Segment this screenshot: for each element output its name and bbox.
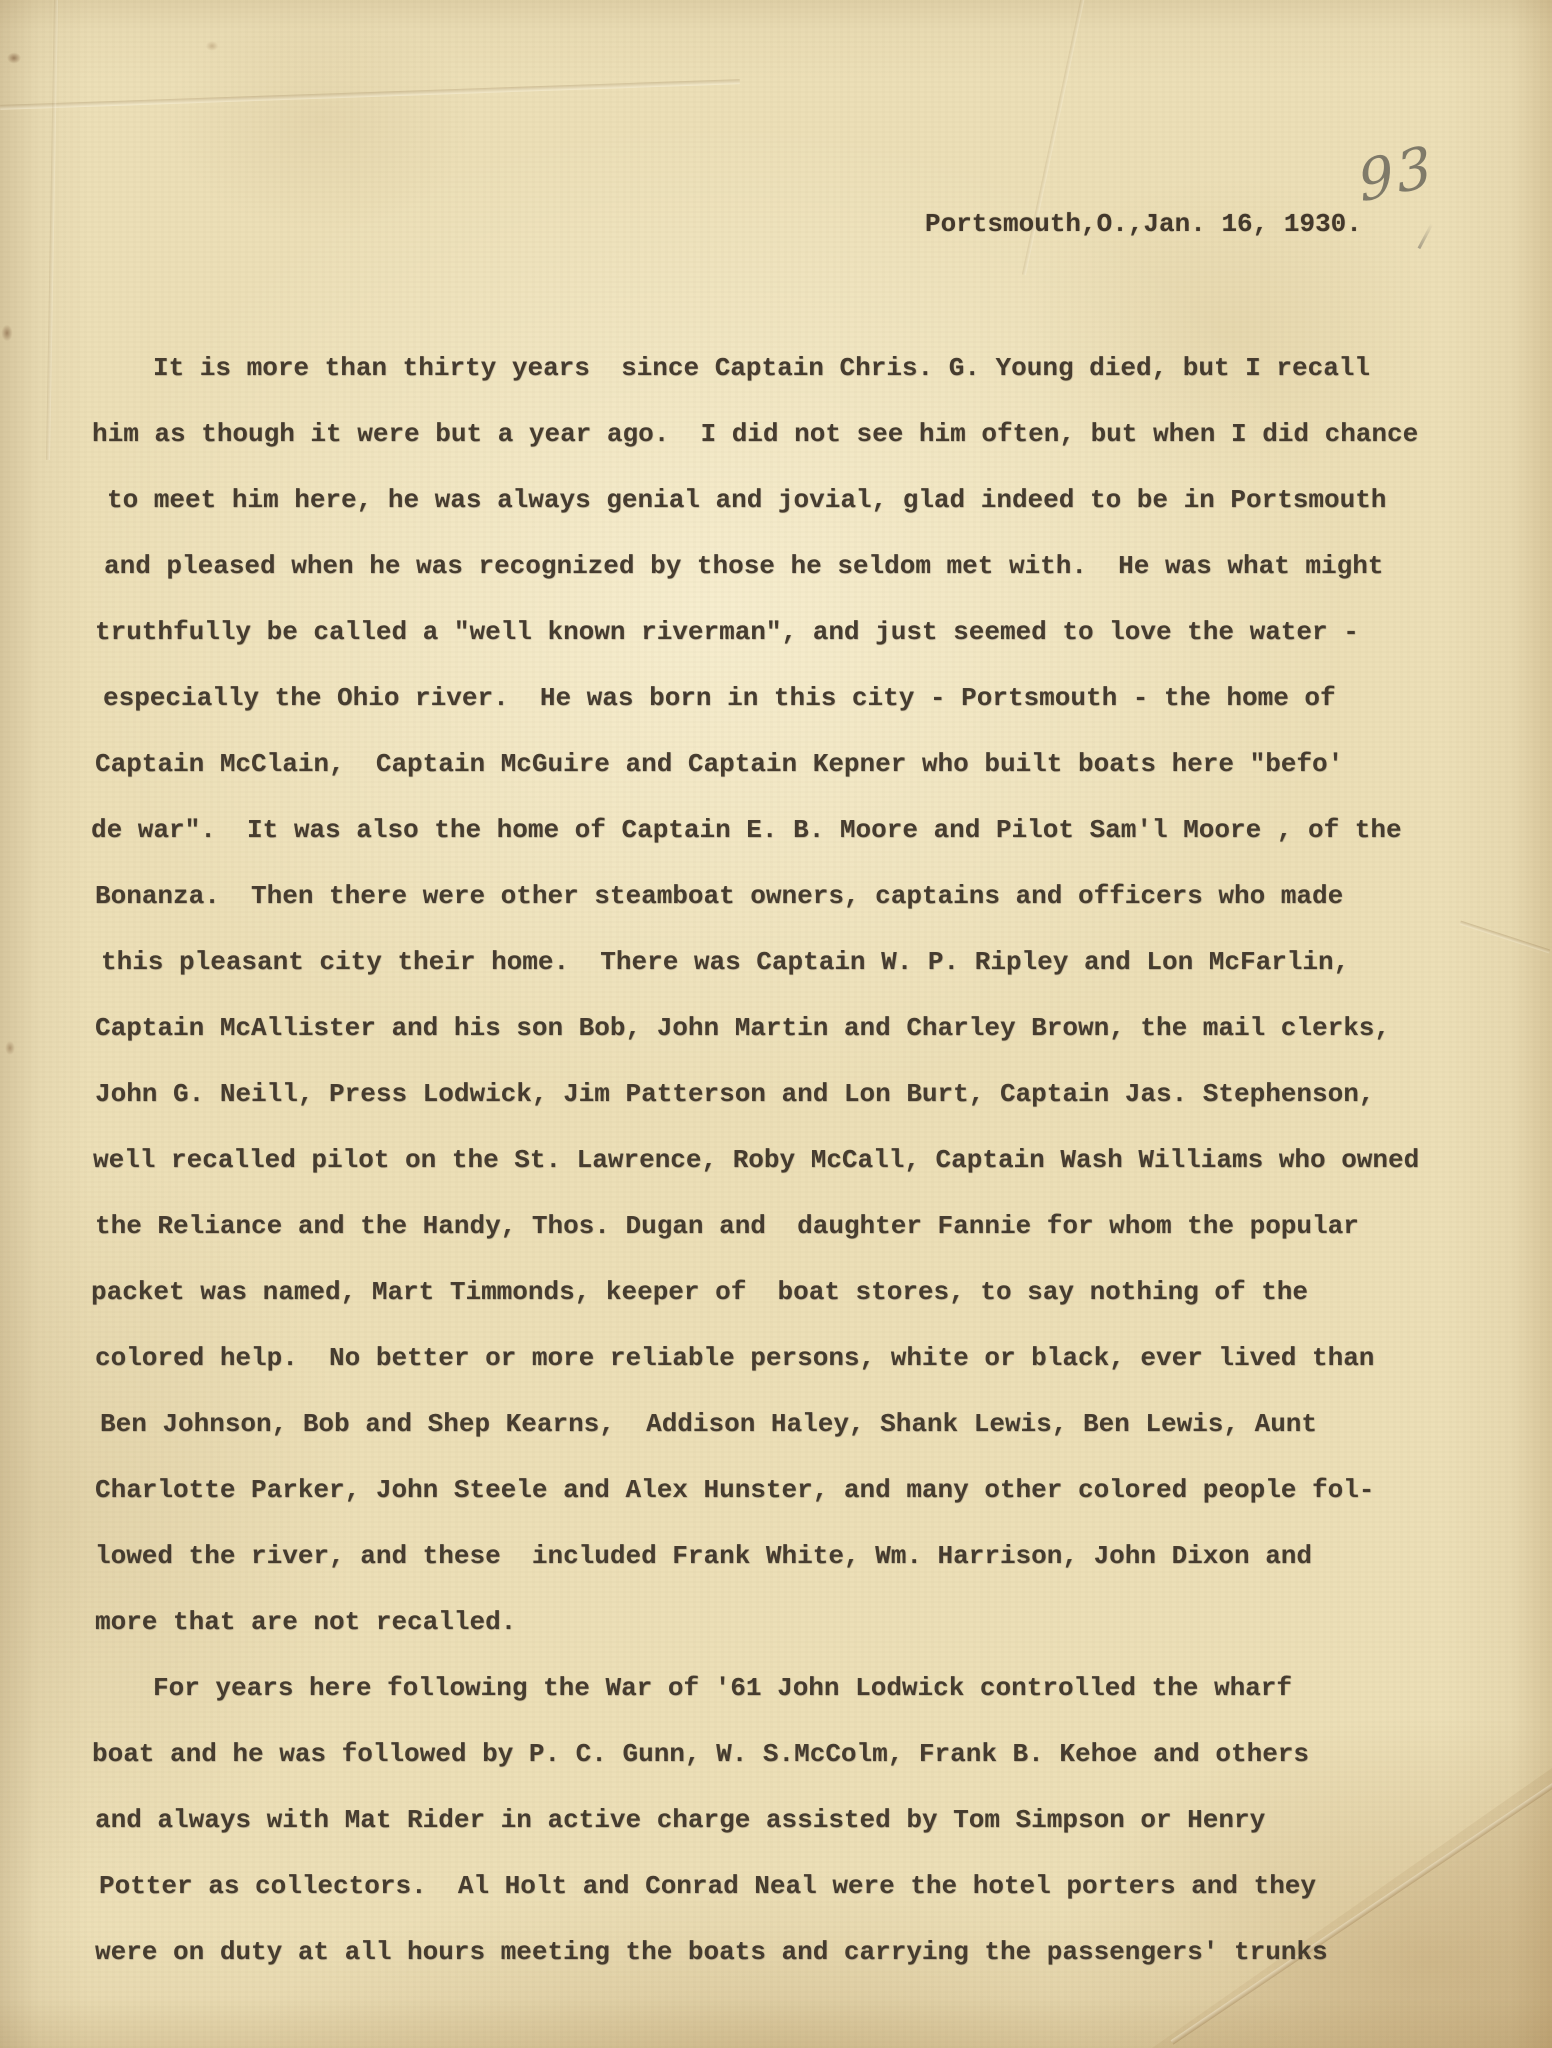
typed-line: boat and he was followed by P. C. Gunn, … <box>92 1721 1495 1787</box>
typed-line: It is more than thirty years since Capta… <box>95 335 1495 401</box>
typed-line: especially the Ohio river. He was born i… <box>103 665 1495 731</box>
typed-line: were on duty at all hours meeting the bo… <box>95 1919 1495 1985</box>
typed-line: lowed the river, and these included Fran… <box>95 1523 1495 1589</box>
typed-line: to meet him here, he was always genial a… <box>107 467 1495 533</box>
typed-line: and always with Mat Rider in active char… <box>95 1787 1495 1853</box>
paper-crease <box>46 0 58 460</box>
typed-line: For years here following the War of '61 … <box>95 1655 1495 1721</box>
typed-line: Charlotte Parker, John Steele and Alex H… <box>95 1457 1495 1523</box>
typed-line: this pleasant city their home. There was… <box>101 929 1495 995</box>
typed-line: him as though it were but a year ago. I … <box>92 401 1495 467</box>
typed-line: well recalled pilot on the St. Lawrence,… <box>93 1127 1495 1193</box>
dateline: Portsmouth,O.,Jan. 16, 1930. <box>925 208 1362 240</box>
typed-line: Ben Johnson, Bob and Shep Kearns, Addiso… <box>100 1391 1495 1457</box>
typed-line: more that are not recalled. <box>95 1589 1495 1655</box>
typed-line: Captain McClain, Captain McGuire and Cap… <box>95 731 1495 797</box>
typed-line: Bonanza. Then there were other steamboat… <box>95 863 1495 929</box>
pencil-mark <box>1418 223 1434 249</box>
typed-line: Captain McAllister and his son Bob, John… <box>95 995 1495 1061</box>
paper-crease <box>0 79 740 110</box>
typed-line: the Reliance and the Handy, Thos. Dugan … <box>95 1193 1495 1259</box>
document-page: 93 Portsmouth,O.,Jan. 16, 1930. It is mo… <box>0 0 1552 2048</box>
handwritten-page-number: 93 <box>1355 133 1438 215</box>
typed-line: John G. Neill, Press Lodwick, Jim Patter… <box>95 1061 1495 1127</box>
typed-line: colored help. No better or more reliable… <box>95 1325 1495 1391</box>
typed-line: and pleased when he was recognized by th… <box>104 533 1495 599</box>
typed-line: packet was named, Mart Timmonds, keeper … <box>91 1259 1495 1325</box>
typed-line: truthfully be called a "well known river… <box>95 599 1495 665</box>
typed-line: Potter as collectors. Al Holt and Conrad… <box>99 1853 1495 1919</box>
typed-line: de war". It was also the home of Captain… <box>91 797 1495 863</box>
typed-text: It is more than thirty years since Capta… <box>95 335 1495 1985</box>
